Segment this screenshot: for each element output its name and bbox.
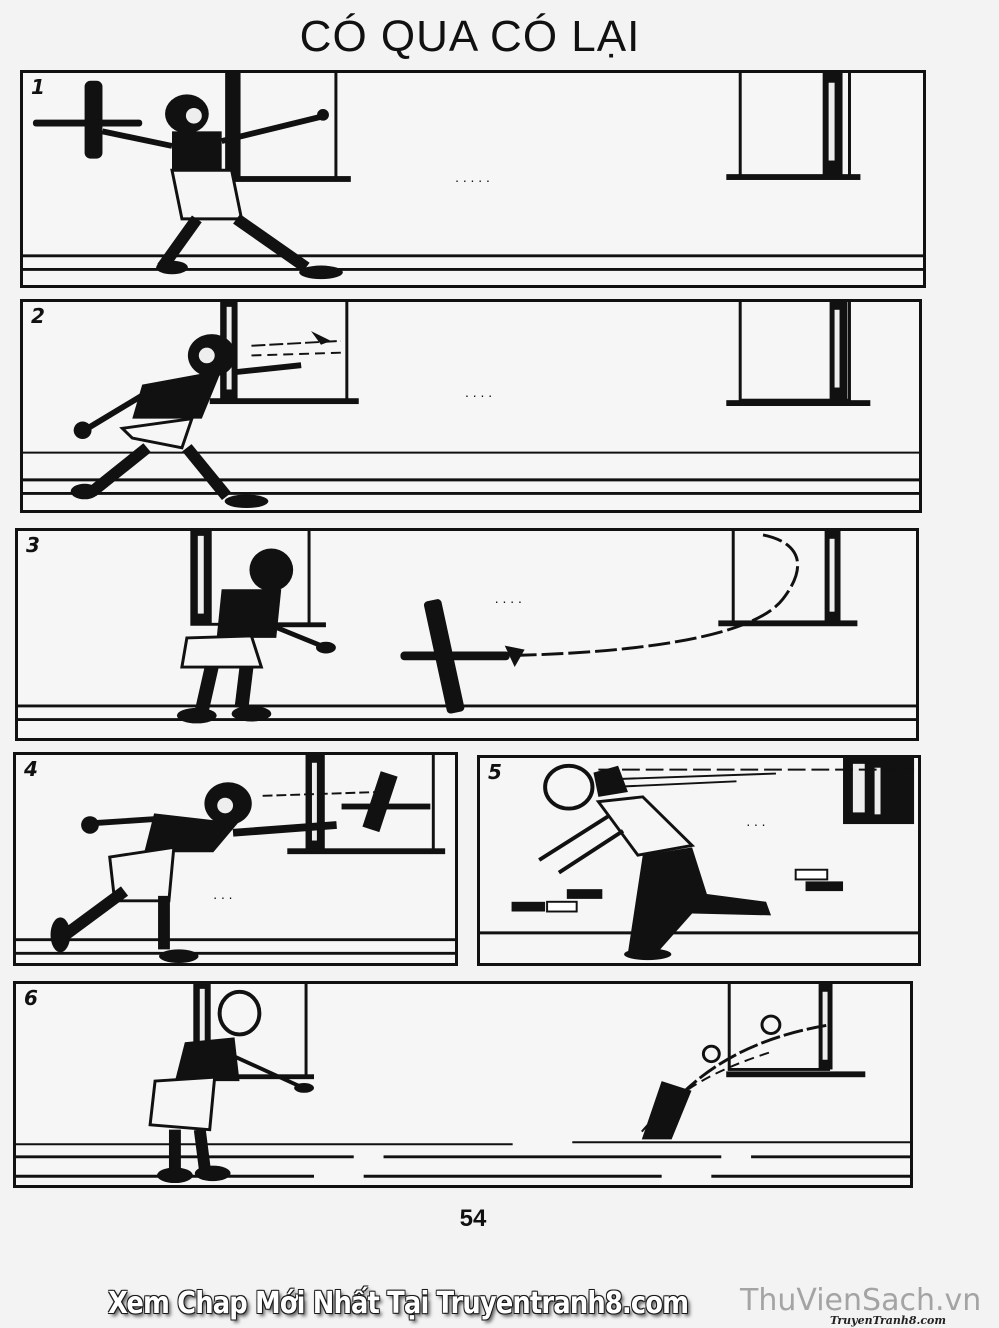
svg-text:. . . .: . . . . [465,385,492,400]
panel-number: 5 [488,760,502,784]
comic-panel-2: . . . . 2 [20,299,922,513]
panel-2-artwork: . . . . [23,302,919,510]
panel-number: 6 [24,986,38,1010]
comic-panel-6: 6 [13,981,913,1188]
page-title: CÓ QUA CÓ LẠI [0,12,940,62]
panel-1-artwork: . . . . . [23,73,923,285]
panel-4-artwork: . . . [16,755,455,963]
svg-text:. . .: . . . [746,814,765,829]
panel-5-artwork: . . . [480,758,918,963]
secondary-watermark: ThuVienSach.vn [740,1283,981,1318]
panel-number: 2 [31,304,45,328]
comic-panel-5: . . . 5 [477,755,921,966]
panel-number: 1 [31,75,45,99]
small-watermark: TruyenTranh8.com [830,1314,946,1327]
comic-panel-3: . . . . 3 [15,528,919,741]
comic-panel-4: . . . 4 [13,752,458,966]
panel-6-artwork [16,984,910,1185]
site-watermark: Xem Chap Mới Nhất Tại Truyentranh8.com [108,1286,688,1321]
page-number: 54 [0,1205,946,1233]
svg-text:. . . .: . . . . [495,591,522,606]
panel-number: 3 [26,533,40,557]
comic-panel-1: . . . . . 1 [20,70,926,288]
panel-3-artwork: . . . . [18,531,916,738]
svg-text:. . .: . . . [213,887,232,902]
svg-text:. . . . .: . . . . . [455,170,490,185]
panel-number: 4 [24,757,38,781]
